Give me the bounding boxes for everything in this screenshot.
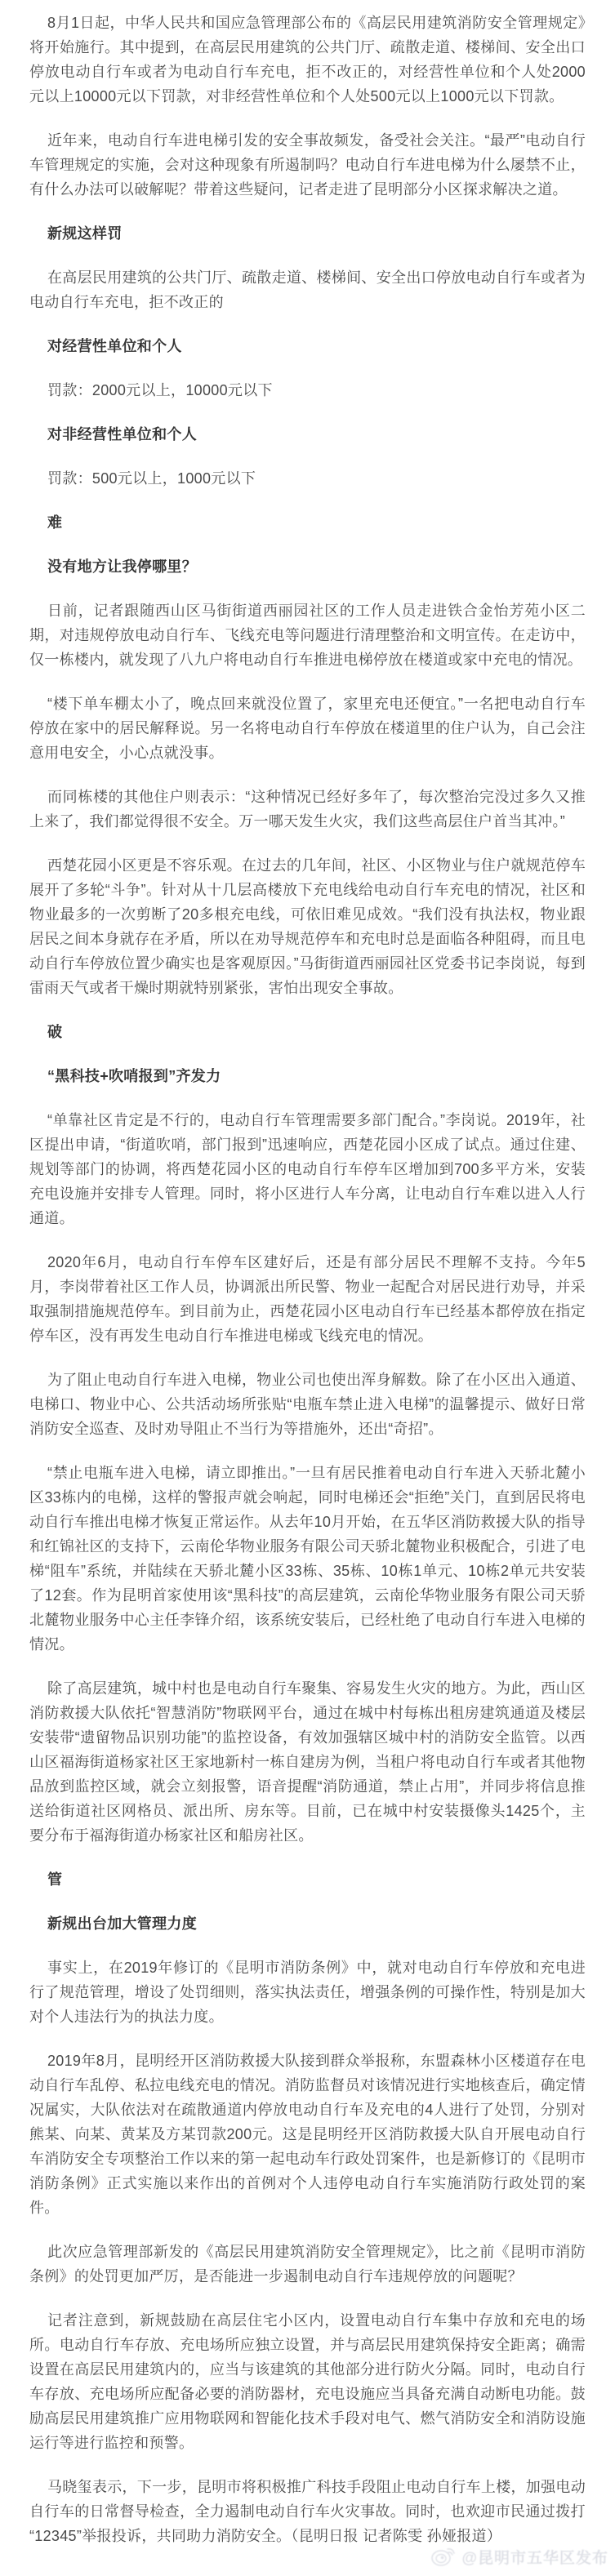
watermark-text: @昆明市五华区发布 <box>461 2546 608 2568</box>
section-heading: 没有地方让我停哪里？ <box>29 554 586 579</box>
paragraph: 为了阻止电动自行车进入电梯，物业公司也使出浑身解数。除了在小区出入通道、电梯口、… <box>29 1368 586 1441</box>
paragraph: 在高层民用建筑的公共门厅、疏散走道、楼梯间、安全出口停放电动自行车或者为电动自行… <box>29 265 586 314</box>
article-page: { "page": { "background": "#ffffff", "bo… <box>0 0 615 2576</box>
section-heading: 对经营性单位和个人 <box>29 334 586 358</box>
paragraph: 除了高层建筑，城中村也是电动自行车聚集、容易发生火灾的地方。为此，西山区消防救援… <box>29 1676 586 1848</box>
paragraph: 西楚花园小区更是不容乐观。在过去的几年间，社区、小区物业与住户就规范停车展开了多… <box>29 853 586 1000</box>
paragraph: 记者注意到，新规鼓励在高层住宅小区内，设置电动自行车集中存放和充电的场所。电动自… <box>29 2308 586 2455</box>
paragraph: 事实上，在2019年修订的《昆明市消防条例》中，就对电动自行车停放和充电进行了规… <box>29 1955 586 2029</box>
section-heading: “黑科技+吹哨报到”齐发力 <box>29 1064 586 1088</box>
paragraph: 2019年8月，昆明经开区消防救援大队接到群众举报称，东盟森林小区楼道存在电动自… <box>29 2049 586 2220</box>
article-body: 8月1日起，中华人民共和国应急管理部公布的《高层民用建筑消防安全管理规定》将开始… <box>0 0 615 2576</box>
paragraph: 而同栋楼的其他住户则表示：“这种情况已经好多年了，每次整治完没过多久又推上来了，… <box>29 785 586 834</box>
paragraph: 罚款：500元以上，1000元以下 <box>29 466 586 491</box>
paragraph: “楼下单车棚太小了，晚点回来就没位置了，家里充电还便宜。”一名把电动自行车停放在… <box>29 692 586 765</box>
paragraph: 马晓玺表示，下一步，昆明市将积极推广科技手段阻止电动自行车上楼，加强电动自行车的… <box>29 2475 586 2548</box>
paragraph: “禁止电瓶车进入电梯，请立即推出。”一旦有居民推着电动自行车进入天骄北麓小区33… <box>29 1461 586 1657</box>
section-heading: 管 <box>29 1867 586 1892</box>
section-heading: 新规出台加大管理力度 <box>29 1911 586 1936</box>
section-heading: 对非经营性单位和个人 <box>29 422 586 447</box>
paragraph: 此次应急管理部新发的《高层民用建筑消防安全管理规定》，比之前《昆明市消防条例》的… <box>29 2240 586 2289</box>
paragraph: 近年来，电动自行车进电梯引发的安全事故频发，备受社会关注。“最严”电动自行车管理… <box>29 128 586 202</box>
paragraph: 8月1日起，中华人民共和国应急管理部公布的《高层民用建筑消防安全管理规定》将开始… <box>29 11 586 109</box>
weibo-watermark: @昆明市五华区发布 <box>430 2543 608 2571</box>
section-heading: 新规这样罚 <box>29 221 586 246</box>
paragraph: 日前，记者跟随西山区马街街道西丽园社区的工作人员走进铁合金怡芳苑小区二期，对违规… <box>29 598 586 672</box>
paragraph: 2020年6月，电动自行车停车区建好后，还是有部分居民不理解不支持。今年5月，李… <box>29 1250 586 1348</box>
section-heading: 破 <box>29 1020 586 1044</box>
section-heading: 难 <box>29 510 586 535</box>
paragraph: 罚款：2000元以上，10000元以下 <box>29 378 586 403</box>
weibo-logo-icon <box>430 2543 458 2571</box>
paragraph: “单靠社区肯定是不行的，电动自行车管理需要多部门配合。”李岗说。2019年，社区… <box>29 1108 586 1230</box>
